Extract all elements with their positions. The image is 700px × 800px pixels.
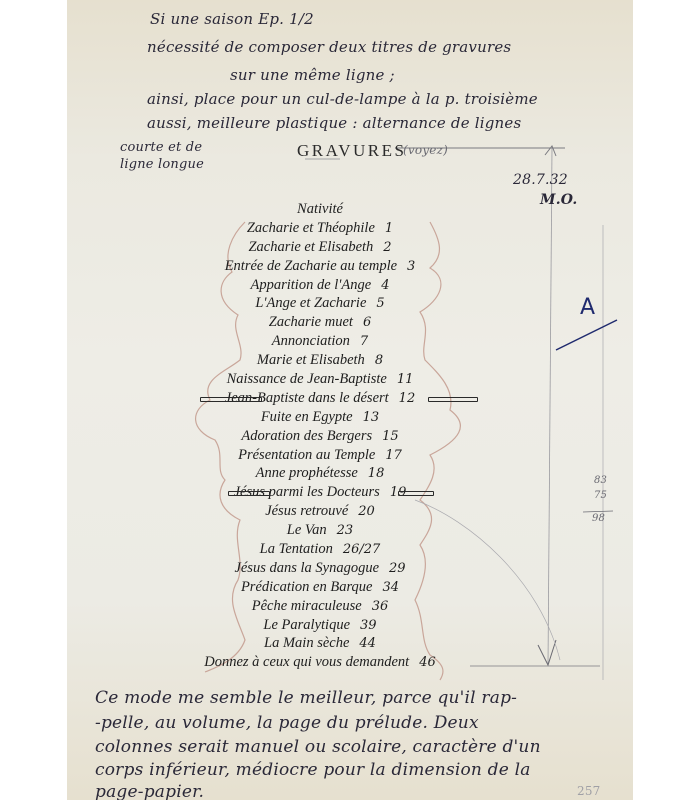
entry-page: 46 xyxy=(419,655,436,670)
list-item: Jésus retrouvé20 xyxy=(170,502,470,521)
note-line-2: nécessité de composer deux titres de gra… xyxy=(147,38,511,56)
list-item: Apparition de l'Ange4 xyxy=(170,276,470,295)
bracket-mark-left xyxy=(200,397,262,402)
footer-note-line-1: Ce mode me semble le meilleur, parce qu'… xyxy=(95,688,517,708)
note-line-1: Si une saison Ep. 1/2 xyxy=(150,10,314,28)
entry-title: Apparition de l'Ange xyxy=(251,277,372,293)
folio-number: 257 xyxy=(577,784,601,798)
entry-page: 23 xyxy=(337,523,354,538)
margin-letter-a: A xyxy=(580,295,595,320)
entry-title: Présentation au Temple xyxy=(238,447,375,463)
footer-note-line-5: page-papier. xyxy=(95,782,204,800)
entry-page: 39 xyxy=(360,618,377,633)
note-line-4: ainsi, place pour un cul-de-lampe à la p… xyxy=(147,90,538,108)
entry-title: Entrée de Zacharie au temple xyxy=(225,258,397,274)
footer-note-line-4: corps inférieur, médiocre pour la dimens… xyxy=(95,760,531,780)
entry-page: 20 xyxy=(358,504,375,519)
entry-title: Le Paralytique xyxy=(263,617,350,633)
entry-title: Annonciation xyxy=(272,333,350,349)
bracket-mark-right xyxy=(428,397,478,402)
entry-title: La Main sèche xyxy=(264,635,349,651)
side-note-line-1: courte et de xyxy=(120,140,202,155)
list-item: Zacharie et Théophile1 xyxy=(170,219,470,238)
note-line-3: sur une même ligne ; xyxy=(230,66,395,84)
entry-page: 18 xyxy=(368,466,385,481)
entry-title: Jésus dans la Synagogue xyxy=(234,560,379,576)
entry-title: La Tentation xyxy=(260,541,333,557)
margin-sum-total: 98 xyxy=(592,513,605,524)
list-item-marked: Jésus parmi les Docteurs19 xyxy=(170,483,470,502)
engravings-list: Nativité Zacharie et Théophile1 Zacharie… xyxy=(170,200,470,672)
list-item: Marie et Elisabeth8 xyxy=(170,351,470,370)
entry-page: 36 xyxy=(372,599,389,614)
entry-page: 12 xyxy=(399,391,416,406)
list-item: Adoration des Bergers15 xyxy=(170,427,470,446)
footer-note-line-2: -pelle, au volume, la page du prélude. D… xyxy=(95,713,479,733)
list-item: Présentation au Temple17 xyxy=(170,446,470,465)
entry-page: 7 xyxy=(360,334,368,349)
entry-page: 17 xyxy=(385,448,402,463)
entry-page: 11 xyxy=(397,372,414,387)
list-item: Donnez à ceux qui vous demandent46 xyxy=(170,653,470,672)
entry-title: Adoration des Bergers xyxy=(241,428,372,444)
list-item: Zacharie et Elisabeth2 xyxy=(170,238,470,257)
list-item: Pêche miraculeuse36 xyxy=(170,597,470,616)
margin-sum-top: 83 xyxy=(594,475,607,486)
bracket-mark-left xyxy=(228,491,270,496)
date-annotation: 28.7.32 xyxy=(513,172,568,188)
entry-page: 4 xyxy=(381,278,389,293)
list-item: Fuite en Egypte13 xyxy=(170,408,470,427)
entry-title: Jésus retrouvé xyxy=(265,503,348,519)
entry-page: 1 xyxy=(385,221,393,236)
list-item: La Tentation26/27 xyxy=(170,540,470,559)
entry-title: Anne prophétesse xyxy=(256,465,358,481)
margin-sum-mid: 75 xyxy=(594,490,607,501)
entry-page: 6 xyxy=(363,315,371,330)
list-item: Prédication en Barque34 xyxy=(170,578,470,597)
list-item: L'Ange et Zacharie5 xyxy=(170,294,470,313)
list-item-marked: Jean-Baptiste dans le désert12 xyxy=(170,389,470,408)
entry-page: 15 xyxy=(382,429,399,444)
list-item: Annonciation7 xyxy=(170,332,470,351)
entry-page: 34 xyxy=(383,580,400,595)
list-item: Naissance de Jean-Baptiste11 xyxy=(170,370,470,389)
list-item: Zacharie muet6 xyxy=(170,313,470,332)
entry-title: Prédication en Barque xyxy=(241,579,373,595)
initials-annotation: M.O. xyxy=(540,192,577,208)
list-item: La Main sèche44 xyxy=(170,634,470,653)
entry-title: Marie et Elisabeth xyxy=(257,352,365,368)
entry-title: Pêche miraculeuse xyxy=(252,598,362,614)
entry-title: Donnez à ceux qui vous demandent xyxy=(204,654,409,670)
entry-page: 5 xyxy=(376,296,384,311)
entry-page: 13 xyxy=(363,410,380,425)
entry-title: Le Van xyxy=(287,522,327,538)
footer-note-line-3: colonnes serait manuel ou scolaire, cara… xyxy=(95,737,541,757)
list-item: Anne prophétesse18 xyxy=(170,464,470,483)
page-title: GRAVURES xyxy=(297,141,406,161)
title-annotation: (voyez) xyxy=(403,143,448,157)
side-note-line-2: ligne longue xyxy=(120,157,204,172)
entry-title: Naissance de Jean-Baptiste xyxy=(227,371,387,387)
entry-title: Zacharie et Elisabeth xyxy=(248,239,373,255)
list-item: Jésus dans la Synagogue29 xyxy=(170,559,470,578)
note-line-5: aussi, meilleure plastique : alternance … xyxy=(147,114,521,132)
list-item: Le Van23 xyxy=(170,521,470,540)
entry-page: 26/27 xyxy=(343,542,380,557)
bracket-mark-right xyxy=(398,491,434,496)
list-item: Le Paralytique39 xyxy=(170,616,470,635)
entry-title: Zacharie muet xyxy=(269,314,353,330)
entry-page: 2 xyxy=(383,240,391,255)
entry-title: Zacharie et Théophile xyxy=(247,220,375,236)
entry-page: 44 xyxy=(359,636,376,651)
list-item: Entrée de Zacharie au temple3 xyxy=(170,257,470,276)
entry-title: Fuite en Egypte xyxy=(261,409,353,425)
entry-page: 29 xyxy=(389,561,406,576)
entry-page: 3 xyxy=(407,259,415,274)
entry-title: L'Ange et Zacharie xyxy=(255,295,366,311)
entry-page: 8 xyxy=(375,353,383,368)
list-heading: Nativité xyxy=(170,200,470,219)
